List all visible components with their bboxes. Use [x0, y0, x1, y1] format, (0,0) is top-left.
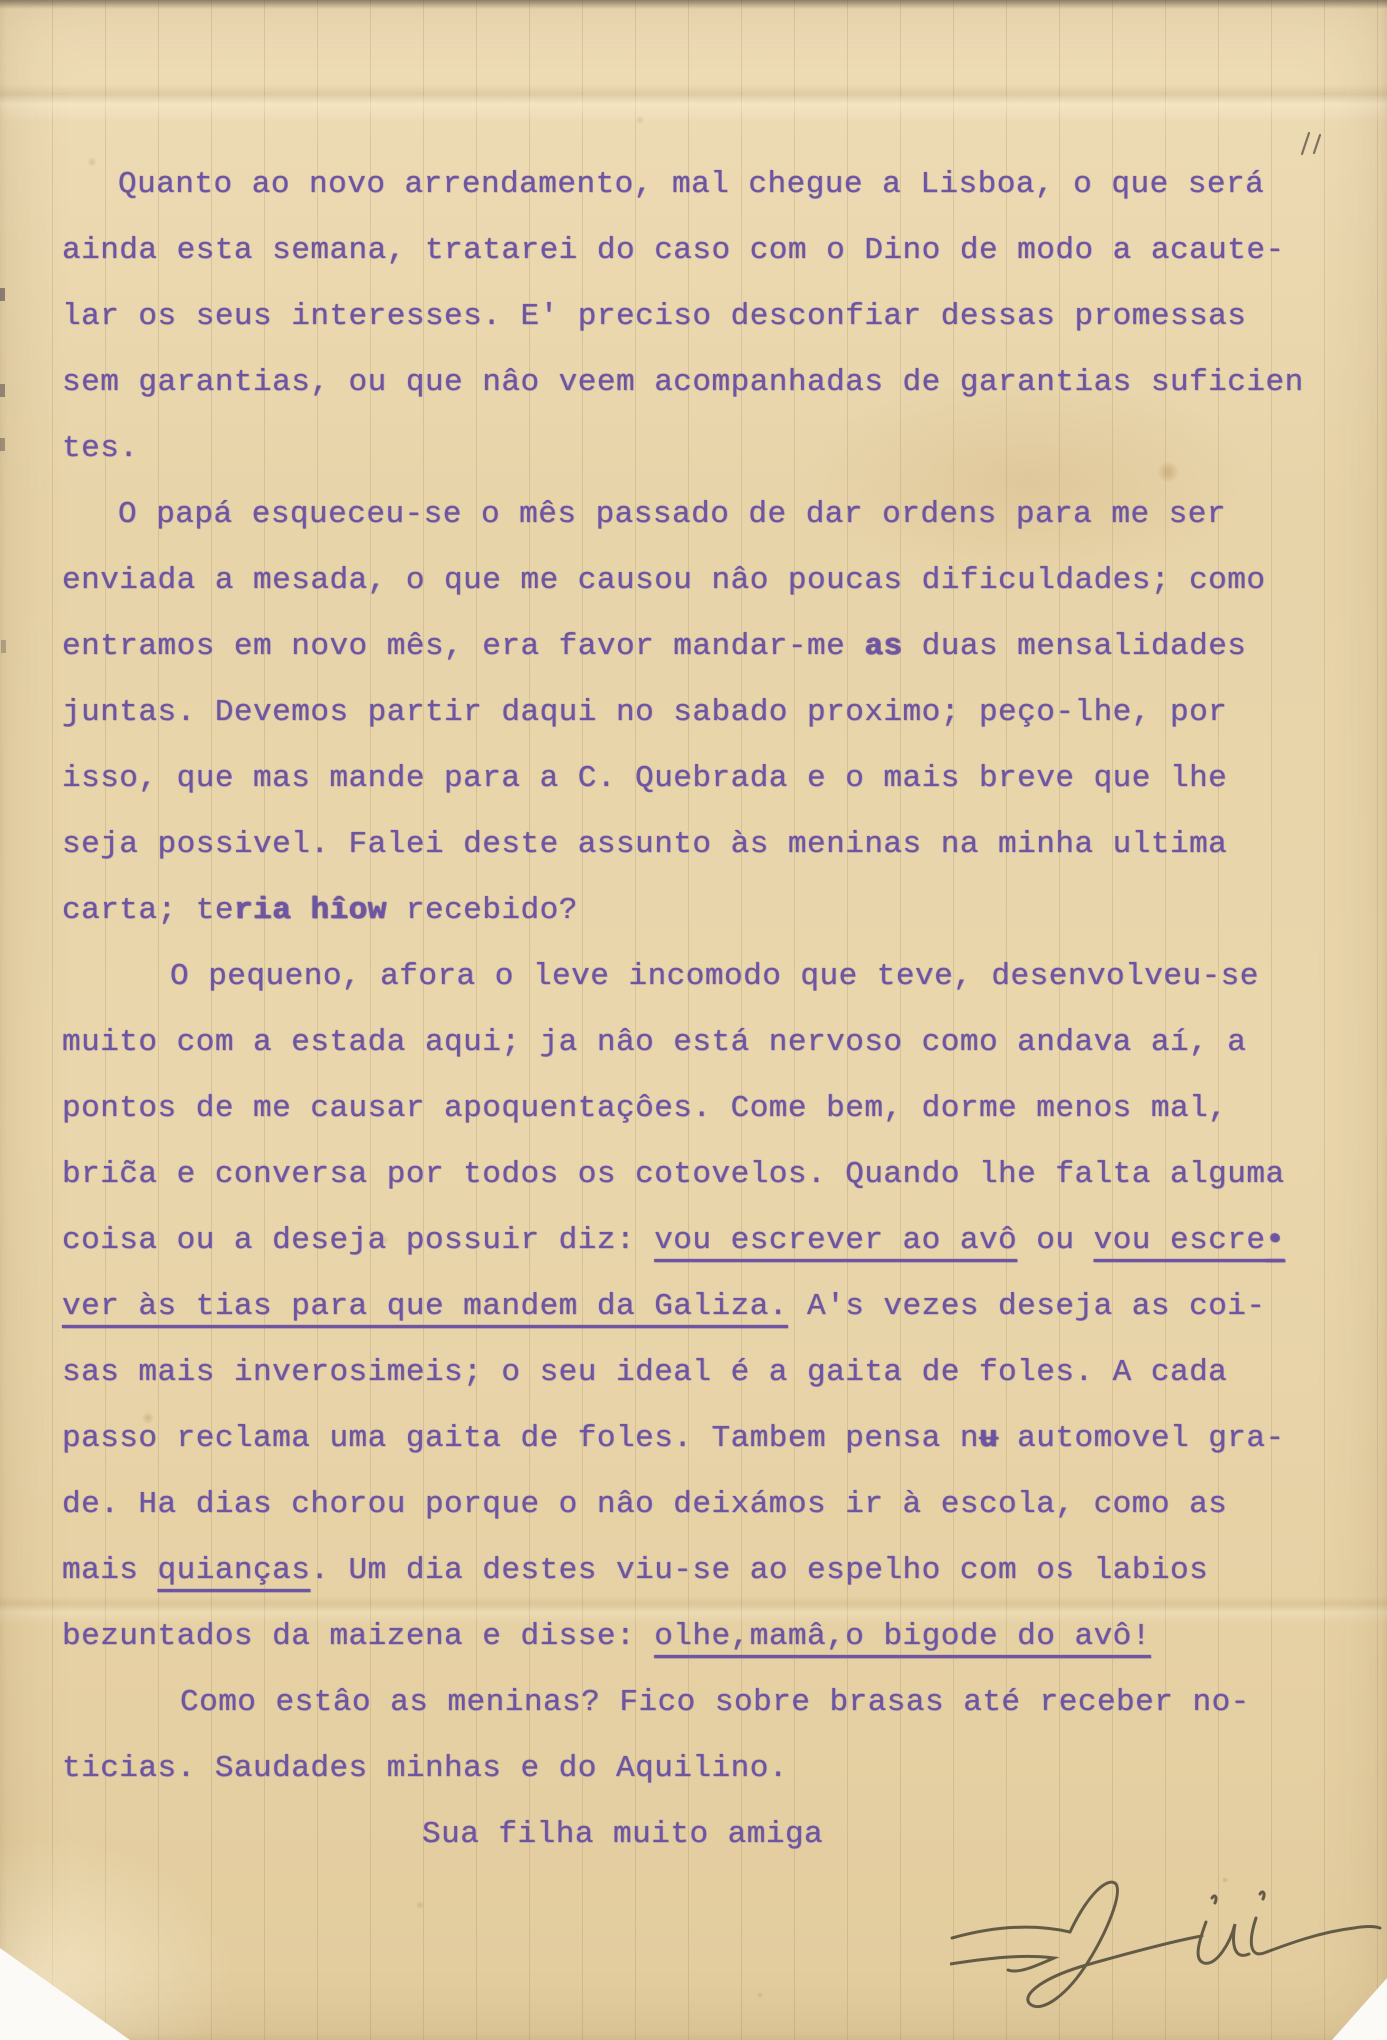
letter-line: ainda esta semana, tratarei do caso com …: [62, 218, 1372, 284]
letter-line: juntas. Devemos partir daqui no sabado p…: [62, 680, 1372, 746]
text-segment: Sua filha muito amiga: [422, 1817, 823, 1852]
letter-line: bric̃a e conversa por todos os cotovelos…: [62, 1142, 1372, 1208]
text-segment: isso, que mas mande para a C. Quebrada e…: [62, 761, 1227, 796]
letter-line: lar os seus interesses. E' preciso desco…: [62, 284, 1372, 350]
text-segment: entramos em novo mês, era favor mandar-m…: [62, 629, 864, 664]
letter-body: Quanto ao novo arrendamento, mal chegue …: [62, 152, 1372, 1868]
text-segment: •: [1266, 1223, 1285, 1258]
text-segment: A's vezes deseja as coi-: [788, 1289, 1266, 1324]
text-segment: O papá esqueceu-se o mês passado de dar …: [118, 497, 1226, 532]
text-segment: tes.: [62, 431, 138, 466]
letter-line: passo reclama uma gaita de foles. Tambem…: [62, 1406, 1372, 1472]
text-segment: recebido?: [387, 893, 578, 928]
text-segment: seja possivel. Falei deste assunto às me…: [62, 827, 1227, 862]
letter-line: O pequeno, afora o leve incomodo que tev…: [62, 944, 1372, 1010]
text-segment: olhe,mamâ,o bigode do avô!: [654, 1619, 1151, 1654]
text-segment: automovel gra-: [998, 1421, 1285, 1456]
text-segment: carta; te: [62, 893, 234, 928]
text-segment: bric̃a e conversa por todos os cotovelos…: [62, 1157, 1285, 1192]
text-segment: quianças: [158, 1553, 311, 1588]
text-segment: sas mais inverosimeis; o seu ideal é a g…: [62, 1355, 1227, 1390]
letter-line: tes.: [62, 416, 1372, 482]
text-segment: enviada a mesada, o que me causou nâo po…: [62, 563, 1266, 598]
scan-edge-artifacts: [0, 288, 5, 301]
text-segment: pontos de me causar apoquentaçôes. Come …: [62, 1091, 1227, 1126]
text-segment: bezuntados da maizena e disse:: [62, 1619, 654, 1654]
text-segment: Como estâo as meninas? Fico sobre brasas…: [180, 1685, 1250, 1720]
letter-scan: Quanto ao novo arrendamento, mal chegue …: [0, 0, 1387, 2040]
text-segment: muito com a estada aqui; ja nâo está ner…: [62, 1025, 1246, 1060]
letter-line: isso, que mas mande para a C. Quebrada e…: [62, 746, 1372, 812]
text-segment: vou escrever ao avô: [654, 1223, 1017, 1258]
text-segment: mais: [62, 1553, 158, 1588]
text-segment: ria hîow: [234, 893, 387, 928]
text-segment: ver às tias para que mandem da Galiza.: [62, 1289, 788, 1324]
text-segment: de. Ha dias chorou porque o nâo deixámos…: [62, 1487, 1227, 1522]
letter-line: Quanto ao novo arrendamento, mal chegue …: [62, 152, 1372, 218]
text-segment: passo reclama uma gaita de foles. Tambem…: [62, 1421, 979, 1456]
letter-line: entramos em novo mês, era favor mandar-m…: [62, 614, 1372, 680]
text-segment: Quanto ao novo arrendamento, mal chegue …: [118, 167, 1264, 202]
signature-scrawl: [950, 1868, 1387, 2038]
letter-line: coisa ou a deseja possuir diz: vou escre…: [62, 1208, 1372, 1274]
text-segment: lar os seus interesses. E' preciso desco…: [62, 299, 1246, 334]
text-segment: vou escre: [1094, 1223, 1266, 1258]
letter-line: de. Ha dias chorou porque o nâo deixámos…: [62, 1472, 1372, 1538]
letter-line: enviada a mesada, o que me causou nâo po…: [62, 548, 1372, 614]
text-segment: coisa ou a deseja possuir diz:: [62, 1223, 654, 1258]
letter-line: O papá esqueceu-se o mês passado de dar …: [62, 482, 1372, 548]
signature-icon: [950, 1868, 1387, 2038]
letter-line: seja possivel. Falei deste assunto às me…: [62, 812, 1372, 878]
text-segment: ou: [1017, 1223, 1093, 1258]
text-segment: duas mensalidades: [903, 629, 1247, 664]
letter-line: ver às tias para que mandem da Galiza. A…: [62, 1274, 1372, 1340]
letter-line: bezuntados da maizena e disse: olhe,mamâ…: [62, 1604, 1372, 1670]
letter-line: Como estâo as meninas? Fico sobre brasas…: [62, 1670, 1372, 1736]
letter-line: Sua filha muito amiga: [62, 1802, 1372, 1868]
text-segment: juntas. Devemos partir daqui no sabado p…: [62, 695, 1227, 730]
text-segment: . Um dia destes viu-se ao espelho com os…: [310, 1553, 1208, 1588]
letter-line: pontos de me causar apoquentaçôes. Come …: [62, 1076, 1372, 1142]
letter-line: mais quianças. Um dia destes viu-se ao e…: [62, 1538, 1372, 1604]
letter-line: ticias. Saudades minhas e do Aquilino.: [62, 1736, 1372, 1802]
letter-line: carta; teria hîow recebido?: [62, 878, 1372, 944]
text-segment: ticias. Saudades minhas e do Aquilino.: [62, 1751, 788, 1786]
text-segment: u: [979, 1421, 998, 1456]
text-segment: O pequeno, afora o leve incomodo que tev…: [170, 959, 1259, 994]
text-segment: as: [864, 629, 902, 664]
letter-line: sas mais inverosimeis; o seu ideal é a g…: [62, 1340, 1372, 1406]
text-segment: ainda esta semana, tratarei do caso com …: [62, 233, 1285, 268]
text-segment: sem garantias, ou que nâo veem acompanha…: [62, 365, 1304, 400]
letter-line: muito com a estada aqui; ja nâo está ner…: [62, 1010, 1372, 1076]
letter-line: sem garantias, ou que nâo veem acompanha…: [62, 350, 1372, 416]
